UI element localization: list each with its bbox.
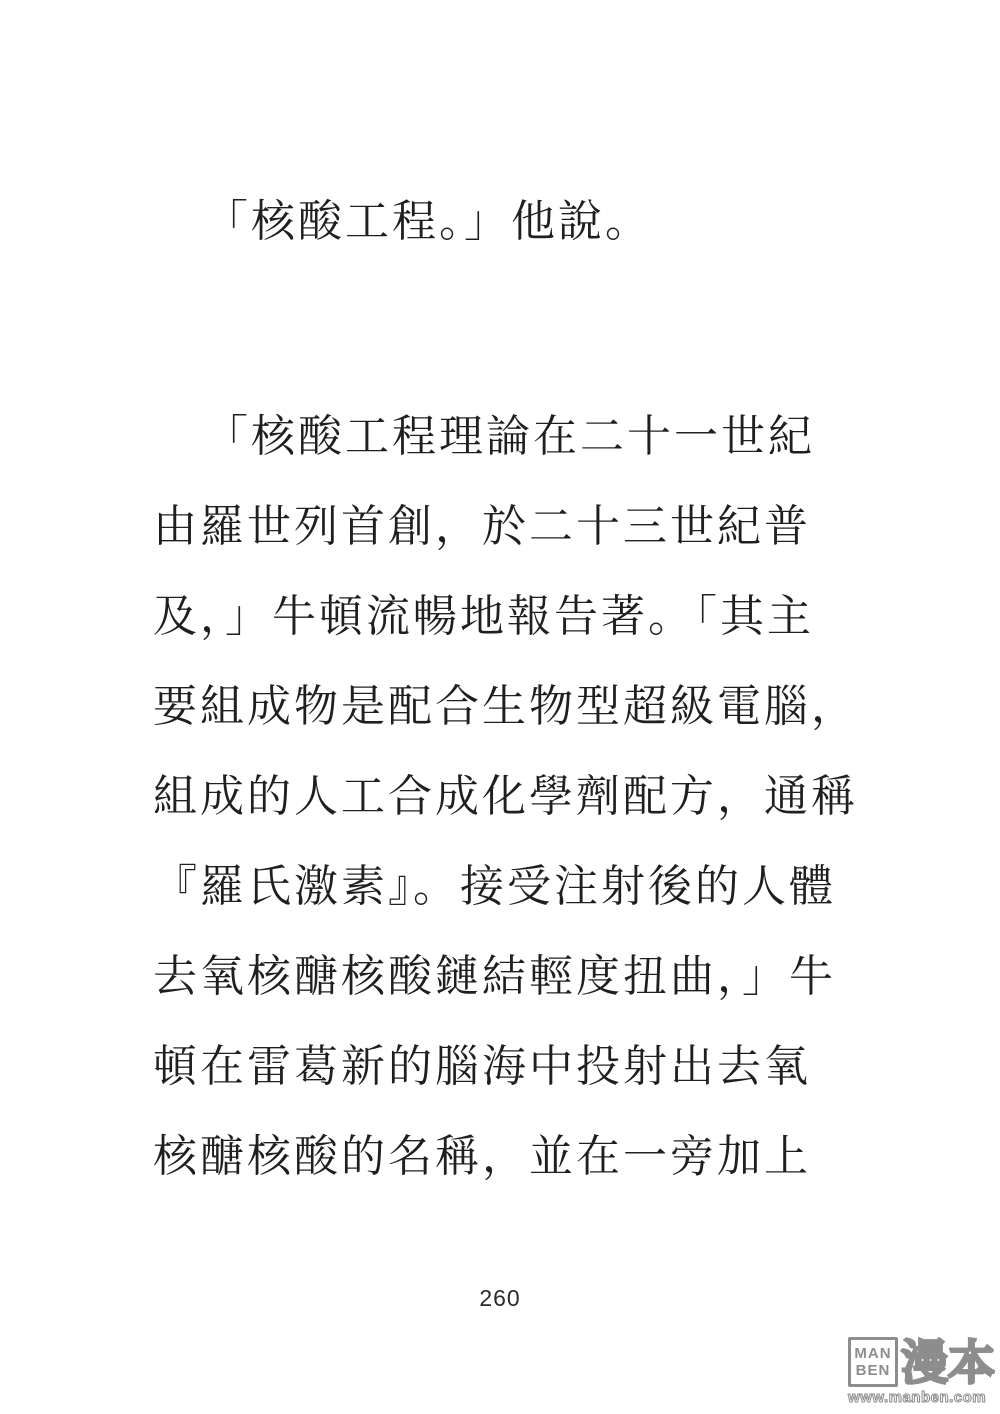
page-number: 260 — [0, 1285, 1000, 1312]
paragraph-line: 『羅氏激素』。接受注射後的人體 — [153, 842, 858, 932]
logo-text-ben: BEN — [856, 1362, 891, 1379]
paragraph-line: 去氧核醣核酸鏈結輕度扭曲，」牛 — [153, 932, 858, 1022]
dialogue-line: 「核酸工程。」他說。 — [204, 177, 652, 267]
book-page: 「核酸工程。」他說。 「核酸工程理論在二十一世紀 由羅世列首創，於二十三世紀普 … — [0, 0, 1000, 1414]
manben-watermark: MAN BEN 漫本 www.manben.com — [848, 1337, 984, 1406]
paragraph-line: 頓在雷葛新的腦海中投射出去氧 — [153, 1022, 858, 1112]
paragraph-line: 組成的人工合成化學劑配方，通稱 — [153, 752, 858, 842]
watermark-url: www.manben.com — [848, 1389, 984, 1406]
watermark-brand-text: 漫本 — [901, 1339, 995, 1386]
body-paragraph: 「核酸工程理論在二十一世紀 由羅世列首創，於二十三世紀普 及，」牛頓流暢地報告著… — [153, 392, 858, 1202]
paragraph-line: 核醣核酸的名稱，並在一旁加上 — [153, 1112, 858, 1202]
manben-logo-icon: MAN BEN — [848, 1337, 898, 1387]
paragraph-line: 要組成物是配合生物型超級電腦， — [153, 662, 858, 752]
paragraph-line: 及，」牛頓流暢地報告著。「其主 — [153, 572, 858, 662]
paragraph-line: 「核酸工程理論在二十一世紀 — [153, 392, 858, 482]
paragraph-line: 由羅世列首創，於二十三世紀普 — [153, 482, 858, 572]
logo-text-man: MAN — [854, 1345, 891, 1362]
watermark-logo-row: MAN BEN 漫本 — [848, 1337, 984, 1387]
